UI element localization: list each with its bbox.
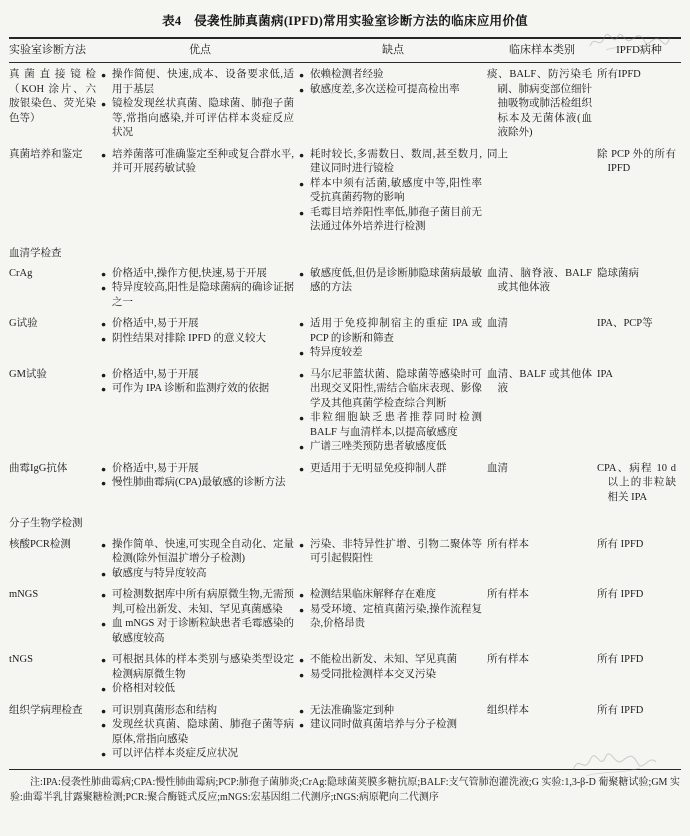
disadvantages-cell: ●更适用于无明显免疫抑制人群	[299, 462, 487, 512]
advantages-item: ●可以评估样本炎症反应状况	[101, 747, 294, 761]
method-row: GM试验●价格适中,易于开展●可作为 IPA 诊断和监测疗效的依据●马尔尼菲篮状…	[9, 368, 681, 462]
disadvantages-item: ●无法准确鉴定到种	[299, 704, 482, 718]
disadvantages-text: 检测结果临床解释存在难度	[310, 588, 482, 602]
sample-type-cell: 组织样本	[487, 704, 597, 769]
advantages-item: ●价格适中,易于开展	[101, 462, 294, 476]
advantages-text: 可作为 IPA 诊断和监测疗效的依据	[112, 382, 294, 396]
method-name-cell: G试验	[9, 317, 101, 367]
disadvantages-text: 毛霉目培养阳性率低,肺孢子菌目前无法通过体外培养进行检测	[310, 206, 482, 235]
advantages-cell: ●操作简便、快速,成本、设备要求低,适用于基层●镜检发现丝状真菌、隐球菌、肺孢子…	[101, 63, 299, 148]
disadvantages-item: ●特异度较差	[299, 346, 482, 360]
bullet-icon: ●	[101, 148, 112, 177]
scanned-page: 表4 侵袭性肺真菌病(IPFD)常用实验室诊断方法的临床应用价值 实验室诊断方法…	[0, 0, 690, 806]
sample-type-cell: 血清、BALF 或其他体液	[487, 368, 597, 462]
disease-type-cell: 除 PCP 外的所有 IPFD	[597, 148, 681, 242]
disease-type-cell: 所有 IPFD	[597, 653, 681, 703]
disadvantages-item: ●适用于免疫抑制宿主的重症 IPA 或 PCP 的诊断和筛查	[299, 317, 482, 346]
advantages-item: ●镜检发现丝状真菌、隐球菌、肺孢子菌等,常指向感染,并可评估样本炎症反应状况	[101, 97, 294, 140]
advantages-item: ●操作简便、快速,成本、设备要求低,适用于基层	[101, 68, 294, 97]
advantages-item: ●敏感度与特异度较高	[101, 567, 294, 581]
disadvantages-item: ●马尔尼菲篮状菌、隐球菌等感染时可出现交叉阳性,需结合临床表现、影像学及其他真菌…	[299, 368, 482, 411]
column-header-3: 临床样本类别	[487, 38, 597, 63]
disease-type-text: 隐球菌病	[597, 267, 676, 281]
sample-type-cell: 血清、脑脊液、BALF 或其他体液	[487, 267, 597, 317]
advantages-cell: ●价格适中,易于开展●慢性肺曲霉病(CPA)最敏感的诊断方法	[101, 462, 299, 512]
disadvantages-item: ●广谱三唑类预防患者敏感度低	[299, 440, 482, 454]
section-header: 血清学检查	[9, 242, 681, 267]
method-name-cell: 组织学病理检查	[9, 704, 101, 769]
disease-type-cell: CPA、病程 10 d 以上的非粒缺相关 IPA	[597, 462, 681, 512]
bullet-icon: ●	[299, 83, 310, 97]
bullet-icon: ●	[101, 368, 112, 382]
advantages-cell: ●价格适中,易于开展●阴性结果对排除 IPFD 的意义较大	[101, 317, 299, 367]
sample-type-cell: 血清	[487, 317, 597, 367]
disadvantages-item: ●不能检出新发、未知、罕见真菌	[299, 653, 482, 667]
disadvantages-item: ●耗时较长,多需数日、数周,甚至数月,建议同时进行镜检	[299, 148, 482, 177]
section-header: 分子生物学检测	[9, 512, 681, 537]
bullet-icon: ●	[101, 281, 112, 310]
method-row: mNGS●可检测数据库中所有病原微生物,无需预判,可检出新发、未知、罕见真菌感染…	[9, 588, 681, 653]
disadvantages-cell: ●不能检出新发、未知、罕见真菌●易受同批检测样本交叉污染	[299, 653, 487, 703]
method-name-cell: 曲霉IgG抗体	[9, 462, 101, 512]
sample-type-text: 所有样本	[487, 538, 592, 552]
bullet-icon: ●	[299, 538, 310, 567]
advantages-text: 价格适中,操作方便,快速,易于开展	[112, 267, 294, 281]
method-row: tNGS●可根据具体的样本类别与感染类型设定检测病原微生物●价格相对较低●不能检…	[9, 653, 681, 703]
bullet-icon: ●	[299, 206, 310, 235]
advantages-text: 慢性肺曲霉病(CPA)最敏感的诊断方法	[112, 476, 294, 490]
disadvantages-cell: ●适用于免疫抑制宿主的重症 IPA 或 PCP 的诊断和筛查●特异度较差	[299, 317, 487, 367]
method-name-cell: 核酸PCR检测	[9, 538, 101, 588]
disadvantages-item: ●样本中须有活菌,敏感度中等,阳性率受抗真菌药物的影响	[299, 177, 482, 206]
disadvantages-item: ●敏感度差,多次送检可提高检出率	[299, 83, 482, 97]
column-header-0: 实验室诊断方法	[9, 38, 101, 63]
advantages-text: 价格适中,易于开展	[112, 368, 294, 382]
method-row: 真菌直接镜检（KOH 涂片、六胺银染色、荧光染色等）●操作简便、快速,成本、设备…	[9, 63, 681, 148]
disease-type-text: 除 PCP 外的所有 IPFD	[597, 148, 676, 177]
method-name-cell: CrAg	[9, 267, 101, 317]
method-row: 核酸PCR检测●操作简单、快速,可实现全自动化、定量检测(除外恒温扩增分子检测)…	[9, 538, 681, 588]
disadvantages-item: ●易受同批检测样本交叉污染	[299, 668, 482, 682]
disease-type-text: IPA、PCP等	[597, 317, 676, 331]
bullet-icon: ●	[101, 68, 112, 97]
disease-type-cell: IPA、PCP等	[597, 317, 681, 367]
bullet-icon: ●	[299, 267, 310, 296]
bullet-icon: ●	[299, 718, 310, 732]
advantages-text: 价格适中,易于开展	[112, 317, 294, 331]
sample-type-text: 血清	[487, 462, 592, 476]
bullet-icon: ●	[299, 440, 310, 454]
bullet-icon: ●	[101, 682, 112, 696]
bullet-icon: ●	[299, 68, 310, 82]
disease-type-cell: 所有 IPFD	[597, 538, 681, 588]
disease-type-text: 所有IPFD	[597, 68, 676, 82]
column-header-4: IPFD病种	[597, 38, 681, 63]
bullet-icon: ●	[299, 668, 310, 682]
sample-type-text: 同上	[487, 148, 592, 162]
method-row: 真菌培养和鉴定●培养菌落可准确鉴定至种或复合群水平,并可开展药敏试验●耗时较长,…	[9, 148, 681, 242]
bullet-icon: ●	[299, 317, 310, 346]
method-row: G试验●价格适中,易于开展●阴性结果对排除 IPFD 的意义较大●适用于免疫抑制…	[9, 317, 681, 367]
disadvantages-text: 广谱三唑类预防患者敏感度低	[310, 440, 482, 454]
advantages-text: 镜检发现丝状真菌、隐球菌、肺孢子菌等,常指向感染,并可评估样本炎症反应状况	[112, 97, 294, 140]
sample-type-cell: 所有样本	[487, 653, 597, 703]
bullet-icon: ●	[101, 317, 112, 331]
bullet-icon: ●	[299, 411, 310, 440]
sample-type-text: 所有样本	[487, 653, 592, 667]
disadvantages-text: 马尔尼菲篮状菌、隐球菌等感染时可出现交叉阳性,需结合临床表现、影像学及其他真菌学…	[310, 368, 482, 411]
disadvantages-cell: ●依赖检测者经验●敏感度差,多次送检可提高检出率	[299, 63, 487, 148]
disadvantages-item: ●更适用于无明显免疫抑制人群	[299, 462, 482, 476]
disease-type-cell: 所有IPFD	[597, 63, 681, 148]
advantages-text: 价格相对较低	[112, 682, 294, 696]
advantages-cell: ●可检测数据库中所有病原微生物,无需预判,可检出新发、未知、罕见真菌感染●血 m…	[101, 588, 299, 653]
sample-type-text: 组织样本	[487, 704, 592, 718]
disease-type-text: 所有 IPFD	[597, 588, 676, 602]
advantages-item: ●价格适中,易于开展	[101, 317, 294, 331]
disadvantages-item: ●建议同时做真菌培养与分子检测	[299, 718, 482, 732]
advantages-item: ●价格适中,易于开展	[101, 368, 294, 382]
disadvantages-item: ●检测结果临床解释存在难度	[299, 588, 482, 602]
advantages-item: ●慢性肺曲霉病(CPA)最敏感的诊断方法	[101, 476, 294, 490]
bullet-icon: ●	[101, 462, 112, 476]
disease-type-text: 所有 IPFD	[597, 704, 676, 718]
advantages-text: 操作简单、快速,可实现全自动化、定量检测(除外恒温扩增分子检测)	[112, 538, 294, 567]
column-header-1: 优点	[101, 38, 299, 63]
table-footnote: 注:IPA:侵袭性肺曲霉病;CPA:慢性肺曲霉病;PCP:肺孢子菌肺炎;CrAg…	[9, 770, 681, 806]
advantages-item: ●操作简单、快速,可实现全自动化、定量检测(除外恒温扩增分子检测)	[101, 538, 294, 567]
sample-type-cell: 血清	[487, 462, 597, 512]
method-row: CrAg●价格适中,操作方便,快速,易于开展●特异度较高,阳性是隐球菌病的确诊证…	[9, 267, 681, 317]
bullet-icon: ●	[299, 346, 310, 360]
advantages-item: ●阴性结果对排除 IPFD 的意义较大	[101, 332, 294, 346]
bullet-icon: ●	[101, 653, 112, 682]
disadvantages-cell: ●检测结果临床解释存在难度●易受环境、定植真菌污染,操作流程复杂,价格昂贵	[299, 588, 487, 653]
disease-type-text: IPA	[597, 368, 676, 382]
disease-type-cell: 隐球菌病	[597, 267, 681, 317]
advantages-text: 可根据具体的样本类别与感染类型设定检测病原微生物	[112, 653, 294, 682]
disadvantages-item: ●敏感度低,但仍是诊断肺隐球菌病最敏感的方法	[299, 267, 482, 296]
bullet-icon: ●	[101, 747, 112, 761]
method-row: 组织学病理检查●可识别真菌形态和结构●发现丝状真菌、隐球菌、肺孢子菌等病原体,常…	[9, 704, 681, 769]
method-name-cell: tNGS	[9, 653, 101, 703]
advantages-text: 血 mNGS 对于诊断粒缺患者毛霉感染的敏感度较高	[112, 617, 294, 646]
advantages-cell: ●价格适中,操作方便,快速,易于开展●特异度较高,阳性是隐球菌病的确诊证据之一	[101, 267, 299, 317]
bullet-icon: ●	[299, 177, 310, 206]
disadvantages-cell: ●马尔尼菲篮状菌、隐球菌等感染时可出现交叉阳性,需结合临床表现、影像学及其他真菌…	[299, 368, 487, 462]
disadvantages-item: ●非粒细胞缺乏患者推荐同时检测 BALF 与血清样本,以提高敏感度	[299, 411, 482, 440]
disadvantages-text: 无法准确鉴定到种	[310, 704, 482, 718]
advantages-item: ●血 mNGS 对于诊断粒缺患者毛霉感染的敏感度较高	[101, 617, 294, 646]
sample-type-cell: 痰、BALF、防污染毛刷、肺病变部位细针抽吸物或肺活检组织标本及无菌体液(血液除…	[487, 63, 597, 148]
disadvantages-text: 敏感度低,但仍是诊断肺隐球菌病最敏感的方法	[310, 267, 482, 296]
advantages-item: ●培养菌落可准确鉴定至种或复合群水平,并可开展药敏试验	[101, 148, 294, 177]
advantages-item: ●价格相对较低	[101, 682, 294, 696]
advantages-item: ●价格适中,操作方便,快速,易于开展	[101, 267, 294, 281]
disadvantages-cell: ●污染、非特异性扩增、引物二聚体等可引起假阳性	[299, 538, 487, 588]
table-title: 表4 侵袭性肺真菌病(IPFD)常用实验室诊断方法的临床应用价值	[9, 7, 681, 37]
advantages-text: 特异度较高,阳性是隐球菌病的确诊证据之一	[112, 281, 294, 310]
disease-type-text: 所有 IPFD	[597, 653, 676, 667]
bullet-icon: ●	[101, 567, 112, 581]
bullet-icon: ●	[101, 476, 112, 490]
advantages-cell: ●培养菌落可准确鉴定至种或复合群水平,并可开展药敏试验	[101, 148, 299, 242]
bullet-icon: ●	[101, 332, 112, 346]
advantages-text: 敏感度与特异度较高	[112, 567, 294, 581]
disadvantages-text: 适用于免疫抑制宿主的重症 IPA 或 PCP 的诊断和筛查	[310, 317, 482, 346]
advantages-cell: ●可识别真菌形态和结构●发现丝状真菌、隐球菌、肺孢子菌等病原体,常指向感染●可以…	[101, 704, 299, 769]
disadvantages-cell: ●无法准确鉴定到种●建议同时做真菌培养与分子检测	[299, 704, 487, 769]
method-name-cell: mNGS	[9, 588, 101, 653]
advantages-item: ●可根据具体的样本类别与感染类型设定检测病原微生物	[101, 653, 294, 682]
table-header-row: 实验室诊断方法优点缺点临床样本类别IPFD病种	[9, 38, 681, 63]
disease-type-text: 所有 IPFD	[597, 538, 676, 552]
sample-type-text: 痰、BALF、防污染毛刷、肺病变部位细针抽吸物或肺活检组织标本及无菌体液(血液除…	[487, 68, 592, 140]
disease-type-cell: IPA	[597, 368, 681, 462]
bullet-icon: ●	[299, 653, 310, 667]
bullet-icon: ●	[299, 148, 310, 177]
bullet-icon: ●	[299, 588, 310, 602]
disadvantages-text: 易受环境、定植真菌污染,操作流程复杂,价格昂贵	[310, 603, 482, 632]
disadvantages-text: 非粒细胞缺乏患者推荐同时检测 BALF 与血清样本,以提高敏感度	[310, 411, 482, 440]
disease-type-text: CPA、病程 10 d 以上的非粒缺相关 IPA	[597, 462, 676, 505]
advantages-text: 阴性结果对排除 IPFD 的意义较大	[112, 332, 294, 346]
disadvantages-item: ●易受环境、定植真菌污染,操作流程复杂,价格昂贵	[299, 603, 482, 632]
disadvantages-cell: ●耗时较长,多需数日、数周,甚至数月,建议同时进行镜检●样本中须有活菌,敏感度中…	[299, 148, 487, 242]
disadvantages-text: 依赖检测者经验	[310, 68, 482, 82]
advantages-item: ●特异度较高,阳性是隐球菌病的确诊证据之一	[101, 281, 294, 310]
bullet-icon: ●	[101, 588, 112, 617]
disadvantages-text: 易受同批检测样本交叉污染	[310, 668, 482, 682]
method-name-cell: 真菌直接镜检（KOH 涂片、六胺银染色、荧光染色等）	[9, 63, 101, 148]
disadvantages-text: 耗时较长,多需数日、数周,甚至数月,建议同时进行镜检	[310, 148, 482, 177]
section-row: 分子生物学检测	[9, 512, 681, 537]
bullet-icon: ●	[101, 382, 112, 396]
method-name-cell: GM试验	[9, 368, 101, 462]
advantages-text: 培养菌落可准确鉴定至种或复合群水平,并可开展药敏试验	[112, 148, 294, 177]
bullet-icon: ●	[299, 462, 310, 476]
disadvantages-text: 建议同时做真菌培养与分子检测	[310, 718, 482, 732]
advantages-text: 操作简便、快速,成本、设备要求低,适用于基层	[112, 68, 294, 97]
disadvantages-text: 特异度较差	[310, 346, 482, 360]
advantages-text: 可识别真菌形态和结构	[112, 704, 294, 718]
sample-type-cell: 所有样本	[487, 538, 597, 588]
bullet-icon: ●	[101, 97, 112, 140]
bullet-icon: ●	[101, 718, 112, 747]
advantages-text: 可检测数据库中所有病原微生物,无需预判,可检出新发、未知、罕见真菌感染	[112, 588, 294, 617]
bullet-icon: ●	[101, 538, 112, 567]
sample-type-text: 血清、脑脊液、BALF 或其他体液	[487, 267, 592, 296]
section-row: 血清学检查	[9, 242, 681, 267]
sample-type-cell: 同上	[487, 148, 597, 242]
column-header-2: 缺点	[299, 38, 487, 63]
diagnostic-methods-table: 实验室诊断方法优点缺点临床样本类别IPFD病种 真菌直接镜检（KOH 涂片、六胺…	[9, 37, 681, 770]
bullet-icon: ●	[299, 368, 310, 411]
advantages-text: 价格适中,易于开展	[112, 462, 294, 476]
disease-type-cell: 所有 IPFD	[597, 588, 681, 653]
method-row: 曲霉IgG抗体●价格适中,易于开展●慢性肺曲霉病(CPA)最敏感的诊断方法●更适…	[9, 462, 681, 512]
disadvantages-item: ●毛霉目培养阳性率低,肺孢子菌目前无法通过体外培养进行检测	[299, 206, 482, 235]
disadvantages-text: 敏感度差,多次送检可提高检出率	[310, 83, 482, 97]
disadvantages-text: 污染、非特异性扩增、引物二聚体等可引起假阳性	[310, 538, 482, 567]
sample-type-text: 所有样本	[487, 588, 592, 602]
sample-type-cell: 所有样本	[487, 588, 597, 653]
advantages-cell: ●价格适中,易于开展●可作为 IPA 诊断和监测疗效的依据	[101, 368, 299, 462]
disadvantages-item: ●依赖检测者经验	[299, 68, 482, 82]
advantages-cell: ●操作简单、快速,可实现全自动化、定量检测(除外恒温扩增分子检测)●敏感度与特异…	[101, 538, 299, 588]
sample-type-text: 血清	[487, 317, 592, 331]
bullet-icon: ●	[101, 617, 112, 646]
advantages-item: ●发现丝状真菌、隐球菌、肺孢子菌等病原体,常指向感染	[101, 718, 294, 747]
disease-type-cell: 所有 IPFD	[597, 704, 681, 769]
advantages-cell: ●可根据具体的样本类别与感染类型设定检测病原微生物●价格相对较低	[101, 653, 299, 703]
advantages-item: ●可识别真菌形态和结构	[101, 704, 294, 718]
disadvantages-text: 更适用于无明显免疫抑制人群	[310, 462, 482, 476]
disadvantages-item: ●污染、非特异性扩增、引物二聚体等可引起假阳性	[299, 538, 482, 567]
disadvantages-text: 不能检出新发、未知、罕见真菌	[310, 653, 482, 667]
disadvantages-text: 样本中须有活菌,敏感度中等,阳性率受抗真菌药物的影响	[310, 177, 482, 206]
method-name-cell: 真菌培养和鉴定	[9, 148, 101, 242]
sample-type-text: 血清、BALF 或其他体液	[487, 368, 592, 397]
bullet-icon: ●	[101, 267, 112, 281]
disadvantages-cell: ●敏感度低,但仍是诊断肺隐球菌病最敏感的方法	[299, 267, 487, 317]
bullet-icon: ●	[299, 704, 310, 718]
advantages-item: ●可作为 IPA 诊断和监测疗效的依据	[101, 382, 294, 396]
advantages-item: ●可检测数据库中所有病原微生物,无需预判,可检出新发、未知、罕见真菌感染	[101, 588, 294, 617]
advantages-text: 发现丝状真菌、隐球菌、肺孢子菌等病原体,常指向感染	[112, 718, 294, 747]
bullet-icon: ●	[299, 603, 310, 632]
bullet-icon: ●	[101, 704, 112, 718]
advantages-text: 可以评估样本炎症反应状况	[112, 747, 294, 761]
